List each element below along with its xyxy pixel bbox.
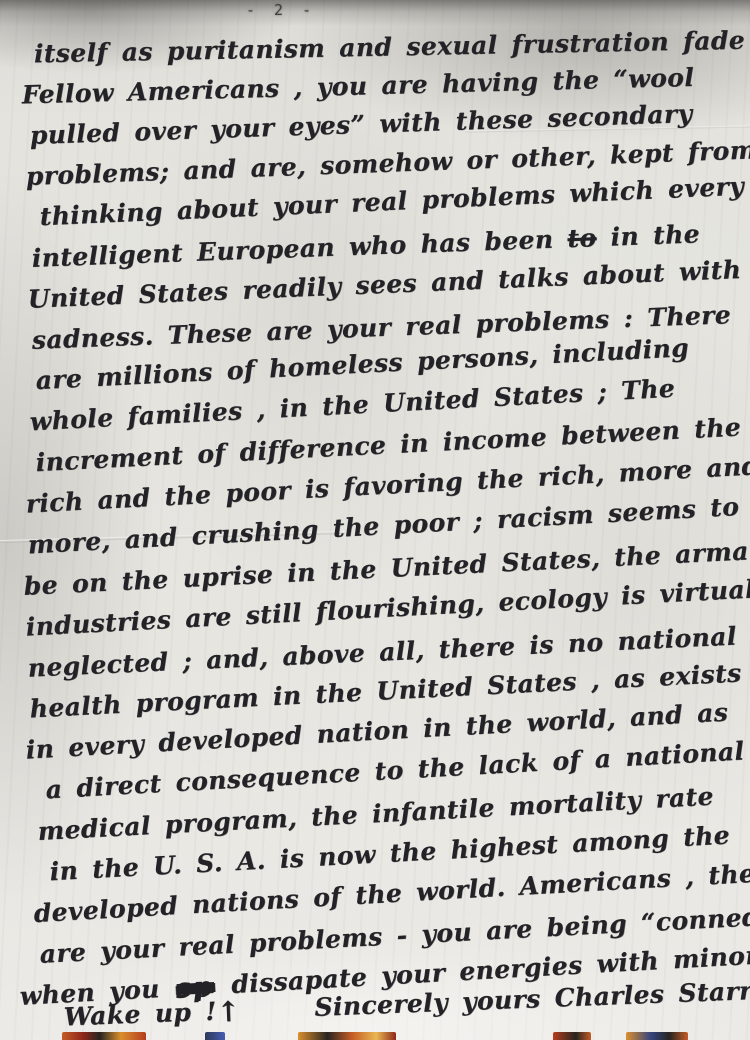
scan-artifact [62,1032,146,1040]
scan-artifact [205,1032,225,1040]
struck-out-word: to [567,223,597,253]
scan-artifact [553,1032,591,1040]
handwritten-body: itself as puritanism and sexual frustrat… [0,34,750,1040]
spacing-gap [241,1016,315,1019]
handwritten-text: Wake up ! [63,997,217,1032]
handwritten-text: in the [596,219,701,252]
scan-artifact [626,1032,688,1040]
scanned-letter-page: - 2 - itself as puritanism and sexual fr… [0,0,750,1040]
insertion-arrow-icon: ↑ [216,995,241,1029]
page-number: - 2 - [246,1,316,19]
scan-artifact [298,1032,396,1040]
